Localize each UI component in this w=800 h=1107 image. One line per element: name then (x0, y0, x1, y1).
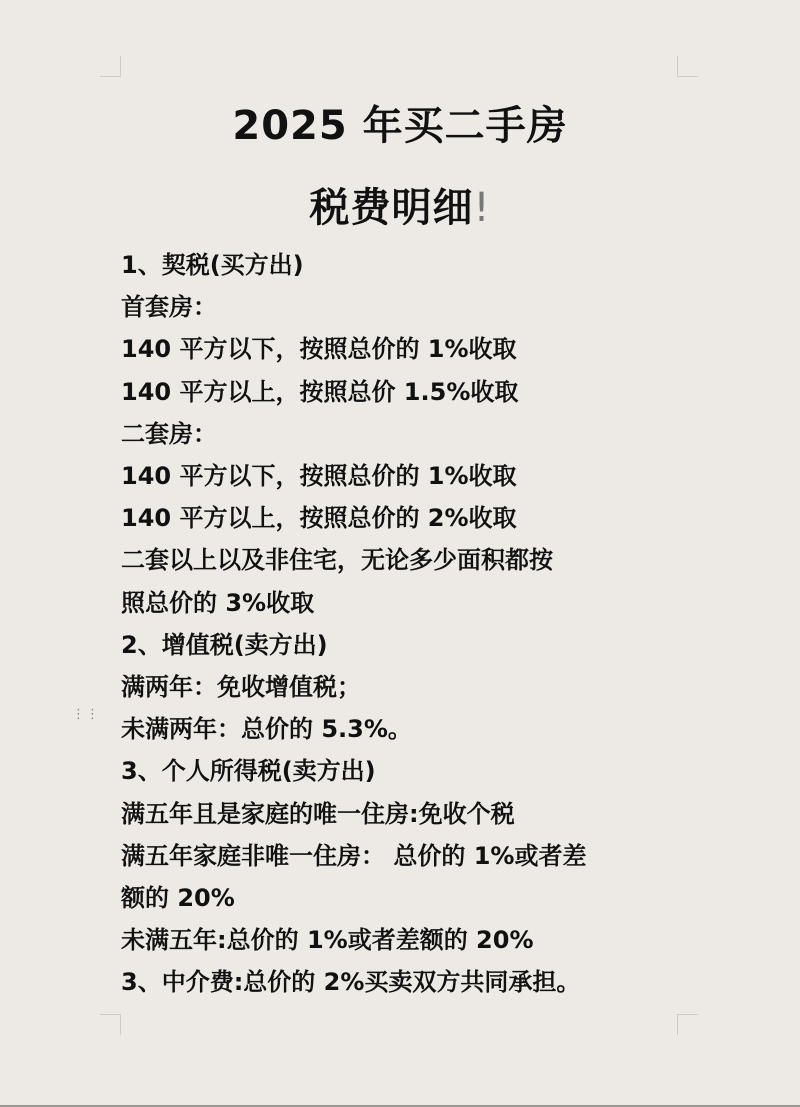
text-line: 满五年家庭非唯一住房： 总价的 1%或者差 (121, 835, 691, 877)
page-corner-mark-top-right (677, 56, 698, 77)
text-line: 140 平方以下，按照总价的 1%收取 (121, 455, 691, 497)
label-second-home: 二套房： (121, 413, 691, 455)
drag-handle-icon[interactable]: ⋮⋮ (72, 712, 100, 718)
text-line: 140 平方以上，按照总价的 2%收取 (121, 497, 691, 539)
exclamation-mark: ! (473, 185, 490, 231)
section-heading-agency-fee: 3、中介费:总价的 2%买卖双方共同承担。 (121, 961, 691, 1003)
section-heading-income-tax: 3、个人所得税(卖方出) (121, 750, 691, 792)
page-title: 2025 年买二手房 (0, 94, 800, 151)
label-first-home: 首套房： (121, 286, 691, 328)
section-heading-vat: 2、增值税(卖方出) (121, 624, 691, 666)
page-subtitle: 税费明细! (0, 176, 800, 233)
section-heading-deed-tax: 1、契税(买方出) (121, 244, 691, 286)
text-line: 未满两年：总价的 5.3%。 (121, 708, 691, 750)
page-corner-mark-top-left (100, 56, 121, 77)
page-corner-mark-bottom-left (100, 1014, 121, 1035)
text-line: 额的 20% (121, 877, 691, 919)
text-line: 满五年且是家庭的唯一住房:免收个税 (121, 793, 691, 835)
page-corner-mark-bottom-right (677, 1014, 698, 1035)
text-line: 未满五年:总价的 1%或者差额的 20% (121, 919, 691, 961)
document-body: 1、契税(买方出) 首套房： 140 平方以下，按照总价的 1%收取 140 平… (121, 244, 691, 1004)
page-subtitle-text: 税费明细 (309, 185, 473, 231)
text-line: 140 平方以下，按照总价的 1%收取 (121, 328, 691, 370)
text-line: 照总价的 3%收取 (121, 582, 691, 624)
text-line: 二套以上以及非住宅，无论多少面积都按 (121, 539, 691, 581)
text-line: 满两年：免收增值税； (121, 666, 691, 708)
text-line: 140 平方以上，按照总价 1.5%收取 (121, 371, 691, 413)
